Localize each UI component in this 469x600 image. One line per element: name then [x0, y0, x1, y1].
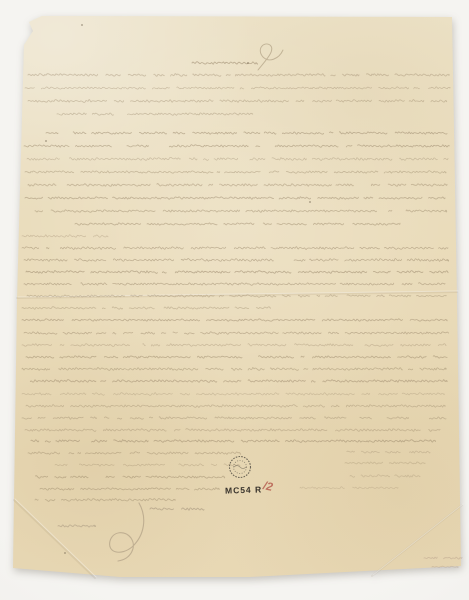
handwriting-layer: [0, 0, 469, 600]
manuscript-page: MC54 R /2: [0, 0, 469, 600]
archival-number: MC54 R: [225, 484, 263, 495]
mirrored-show-through-text: [22, 44, 450, 501]
signature-show-through: [58, 503, 204, 561]
corner-pencil-note: [424, 557, 462, 567]
archival-number-suffix: /2: [262, 480, 274, 494]
archive-stamp: [230, 457, 251, 478]
paper-creases: [14, 291, 463, 578]
dust-specks: [45, 24, 311, 554]
photo-backdrop: MC54 R /2: [0, 0, 469, 600]
